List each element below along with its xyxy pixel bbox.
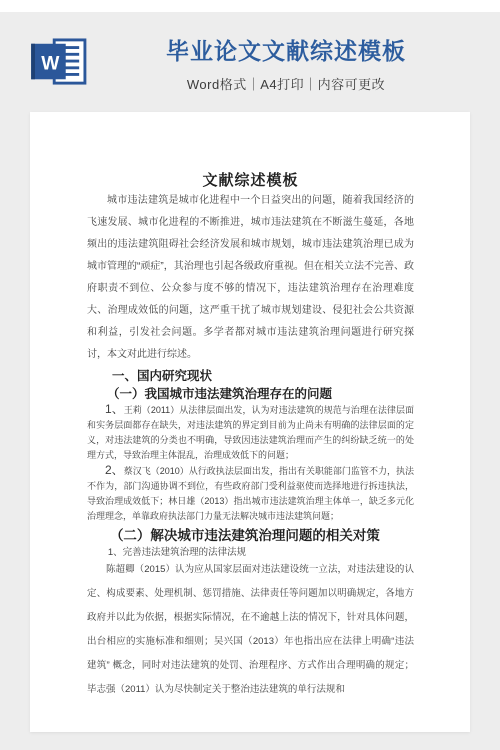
doc-closing-paragraph: 陈超卿（2015）认为应从国家层面对违法建设统一立法，对违法建设的认定、构成要素…	[87, 558, 414, 702]
list-item-1-number: 1、	[105, 402, 124, 416]
top-bar	[0, 0, 500, 12]
doc-intro-paragraph: 城市违法建筑是城市化进程中一个日益突出的问题，随着我国经济的飞速发展、城市化进程…	[87, 190, 414, 366]
template-header: W 毕业论文文献综述模板 Word格式｜A4打印｜内容可更改	[0, 12, 500, 112]
doc-title: 文献综述模板	[87, 169, 414, 190]
word-icon-letter: W	[41, 54, 60, 75]
format-info: Word格式｜A4打印｜内容可更改	[100, 74, 472, 93]
doc-heading-domestic-research: 一、国内研究现状	[87, 366, 414, 384]
word-icon: W	[30, 38, 88, 86]
page-title: 毕业论文文献综述模板	[100, 38, 472, 66]
header-text: 毕业论文文献综述模板 Word格式｜A4打印｜内容可更改	[100, 24, 472, 93]
doc-subheading-countermeasures: （二）解决城市违法建筑治理问题的相关对策	[87, 524, 414, 544]
doc-point-legal-regulations: 1、完善违法建筑治理的法律法规	[87, 544, 414, 558]
document-preview-page: 文献综述模板 城市违法建筑是城市化进程中一个日益突出的问题，随着我国经济的飞速发…	[30, 112, 470, 732]
doc-subheading-problems: （一）我国城市违法建筑治理存在的问题	[87, 384, 414, 402]
list-item-2-number: 2、	[105, 463, 124, 477]
doc-list-item-2: 2、蔡汉飞（2010）从行政执法层面出发，指出有关职能部门监管不力，执法不作为，…	[87, 463, 414, 524]
doc-list-item-1: 1、王莉（2011）从法律层面出发，认为对违法建筑的规范与治理在法律层面和实务层…	[87, 402, 414, 463]
list-item-1-text: 王莉（2011）从法律层面出发，认为对违法建筑的规范与治理在法律层面和实务层面都…	[87, 405, 414, 460]
list-item-2-text: 蔡汉飞（2010）从行政执法层面出发，指出有关职能部门监管不力，执法不作为，部门…	[87, 466, 414, 521]
